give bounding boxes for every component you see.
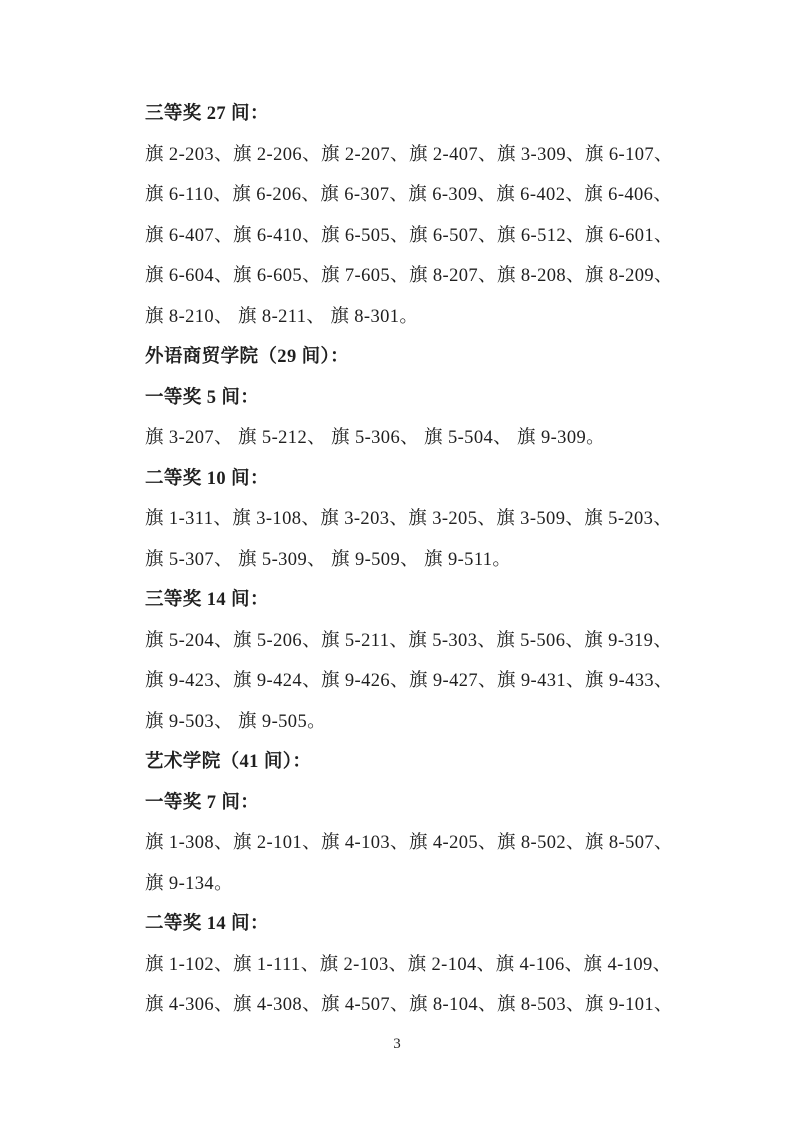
section-heading: 艺术学院（41 间）： xyxy=(145,742,720,783)
text-line: 旗 9-503、 旗 9-505。 xyxy=(145,702,720,743)
text-line: 旗 9-423、旗 9-424、旗 9-426、旗 9-427、旗 9-431、… xyxy=(145,661,720,702)
text-line: 旗 6-407、旗 6-410、旗 6-505、旗 6-507、旗 6-512、… xyxy=(145,216,720,257)
section-heading: 一等奖 5 间： xyxy=(145,378,720,419)
text-line: 旗 6-604、旗 6-605、旗 7-605、旗 8-207、旗 8-208、… xyxy=(145,256,720,297)
text-line: 旗 2-203、旗 2-206、旗 2-207、旗 2-407、旗 3-309、… xyxy=(145,135,720,176)
text-line: 旗 4-306、旗 4-308、旗 4-507、旗 8-104、旗 8-503、… xyxy=(145,985,720,1026)
section-heading: 二等奖 14 间： xyxy=(145,904,720,945)
section-heading: 三等奖 27 间： xyxy=(145,94,720,135)
text-line: 旗 8-210、 旗 8-211、 旗 8-301。 xyxy=(145,297,720,338)
page-footer: 3 xyxy=(0,1034,794,1054)
text-line: 旗 3-207、 旗 5-212、 旗 5-306、 旗 5-504、 旗 9-… xyxy=(145,418,720,459)
section-heading: 二等奖 10 间： xyxy=(145,459,720,500)
text-line: 旗 1-102、旗 1-111、旗 2-103、旗 2-104、旗 4-106、… xyxy=(145,945,720,986)
text-line: 旗 1-311、旗 3-108、旗 3-203、旗 3-205、旗 3-509、… xyxy=(145,499,720,540)
text-line: 旗 9-134。 xyxy=(145,864,720,905)
page-number: 3 xyxy=(393,1036,401,1052)
text-line: 旗 1-308、旗 2-101、旗 4-103、旗 4-205、旗 8-502、… xyxy=(145,823,720,864)
document-page: 三等奖 27 间：旗 2-203、旗 2-206、旗 2-207、旗 2-407… xyxy=(0,0,794,1123)
section-heading: 三等奖 14 间： xyxy=(145,580,720,621)
text-line: 旗 5-204、旗 5-206、旗 5-211、旗 5-303、旗 5-506、… xyxy=(145,621,720,662)
text-line: 旗 5-307、 旗 5-309、 旗 9-509、 旗 9-511。 xyxy=(145,540,720,581)
text-line: 旗 6-110、旗 6-206、旗 6-307、旗 6-309、旗 6-402、… xyxy=(145,175,720,216)
section-heading: 一等奖 7 间： xyxy=(145,783,720,824)
section-heading: 外语商贸学院（29 间）： xyxy=(145,337,720,378)
document-body: 三等奖 27 间：旗 2-203、旗 2-206、旗 2-207、旗 2-407… xyxy=(145,94,720,1026)
